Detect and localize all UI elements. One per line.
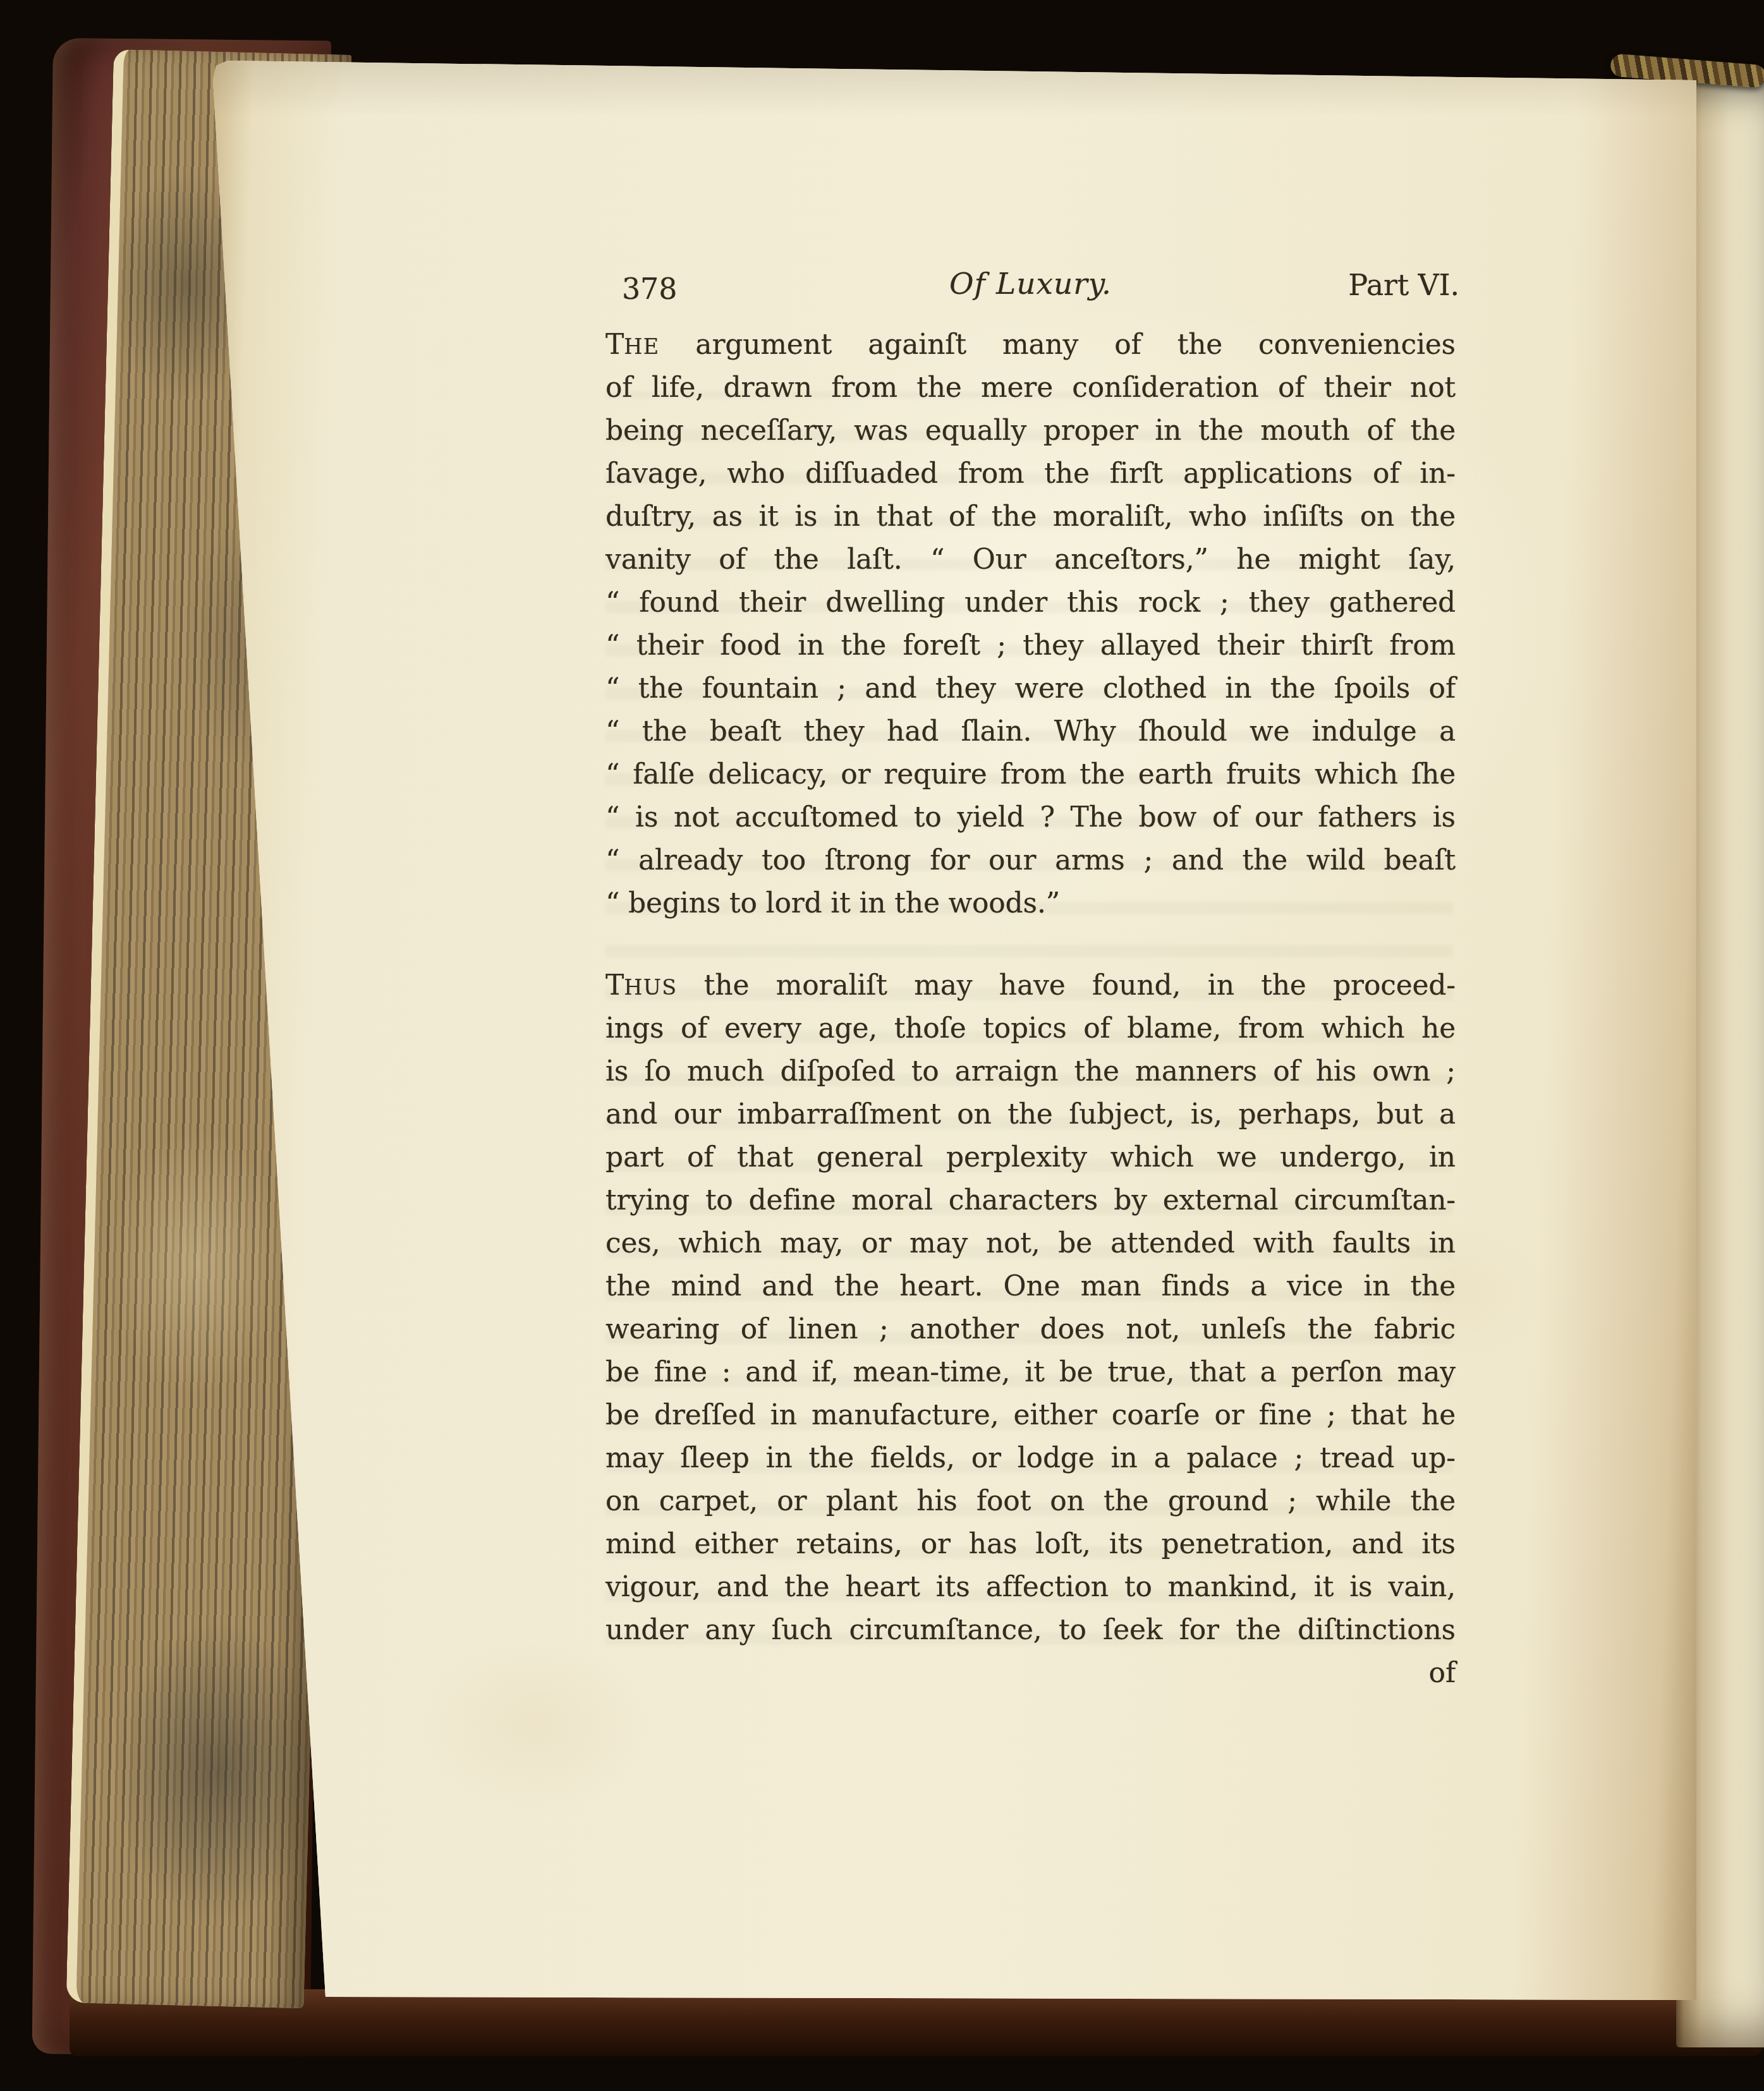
line-text: the moraliſt may have found, in the proc… [677, 969, 1456, 1002]
drop-capital: T [605, 329, 624, 361]
text-line: “ begins to lord it in the woods.” [605, 882, 1456, 925]
text-line: mind either retains, or has loſt, its pe… [605, 1523, 1456, 1566]
catchword-row: of [605, 1652, 1456, 1695]
text-line: “ their food in the foreſt ; they allaye… [605, 624, 1456, 667]
part-label: Part VI. [1348, 268, 1459, 302]
text-line: is ſo much diſpoſed to arraign the manne… [605, 1050, 1456, 1093]
text-line: on carpet, or plant his foot on the grou… [605, 1480, 1456, 1523]
text-line: be dreſſed in manufacture, either coarſe… [605, 1394, 1456, 1437]
text-line: “ falſe delicacy, or require from the ea… [605, 753, 1456, 796]
text-line: duſtry, as it is in that of the moraliſt… [605, 495, 1456, 538]
text-line: “ is not accuſtomed to yield ? The bow o… [605, 796, 1456, 839]
text-line: “ already too ſtrong for our arms ; and … [605, 839, 1456, 882]
text-line: and our imbarraſſment on the ſubject, is… [605, 1093, 1456, 1136]
catchword: of [1429, 1657, 1456, 1689]
text-line: “ the beaſt they had ſlain. Why ſhould w… [605, 710, 1456, 753]
text-line: may ſleep in the fields, or lodge in a p… [605, 1437, 1456, 1480]
small-caps: HE [624, 334, 659, 359]
photo-background: 378 Of Luxury. Part VI. THE argument aga… [0, 0, 1764, 2091]
text-line: ces, which may, or may not, be attended … [605, 1222, 1456, 1265]
text-line: the mind and the heart. One man finds a … [605, 1265, 1456, 1308]
text-line: THUS the moraliſt may have found, in the… [605, 964, 1456, 1007]
text-line: “ found their dwelling under this rock ;… [605, 581, 1456, 624]
text-line: THE argument againſt many of the conveni… [605, 324, 1456, 367]
page-header: 378 Of Luxury. Part VI. [605, 267, 1456, 306]
drop-capital: T [605, 969, 624, 1002]
text-line: vigour, and the heart its affection to m… [605, 1566, 1456, 1609]
text-line: under any ſuch circumſtance, to ſeek for… [605, 1609, 1456, 1652]
paragraph: THUS the moraliſt may have found, in the… [605, 964, 1456, 1652]
text-line: wearing of linen ; another does not, unl… [605, 1308, 1456, 1351]
text-line: being neceſſary, was equally proper in t… [605, 409, 1456, 452]
text-line: “ the fountain ; and they were clothed i… [605, 667, 1456, 710]
body-text: THE argument againſt many of the conveni… [605, 324, 1456, 1652]
text-line: of life, drawn from the mere conſiderati… [605, 367, 1456, 409]
paragraph: THE argument againſt many of the conveni… [605, 324, 1456, 925]
text-line: ſavage, who diſſuaded from the firſt app… [605, 452, 1456, 495]
small-caps: HUS [624, 975, 677, 1000]
line-text: argument againſt many of the convenienci… [659, 329, 1456, 361]
text-line: be fine : and if, mean-time, it be true,… [605, 1351, 1456, 1394]
text-line: trying to define moral characters by ext… [605, 1179, 1456, 1222]
text-line: vanity of the laſt. “ Our anceſtors,” he… [605, 538, 1456, 581]
page-top-shadow [209, 35, 1696, 130]
text-line: part of that general perplexity which we… [605, 1136, 1456, 1179]
running-title: Of Luxury. [605, 267, 1456, 301]
printed-text: 378 Of Luxury. Part VI. THE argument aga… [605, 267, 1456, 1695]
text-line: ings of every age, thoſe topics of blame… [605, 1007, 1456, 1050]
